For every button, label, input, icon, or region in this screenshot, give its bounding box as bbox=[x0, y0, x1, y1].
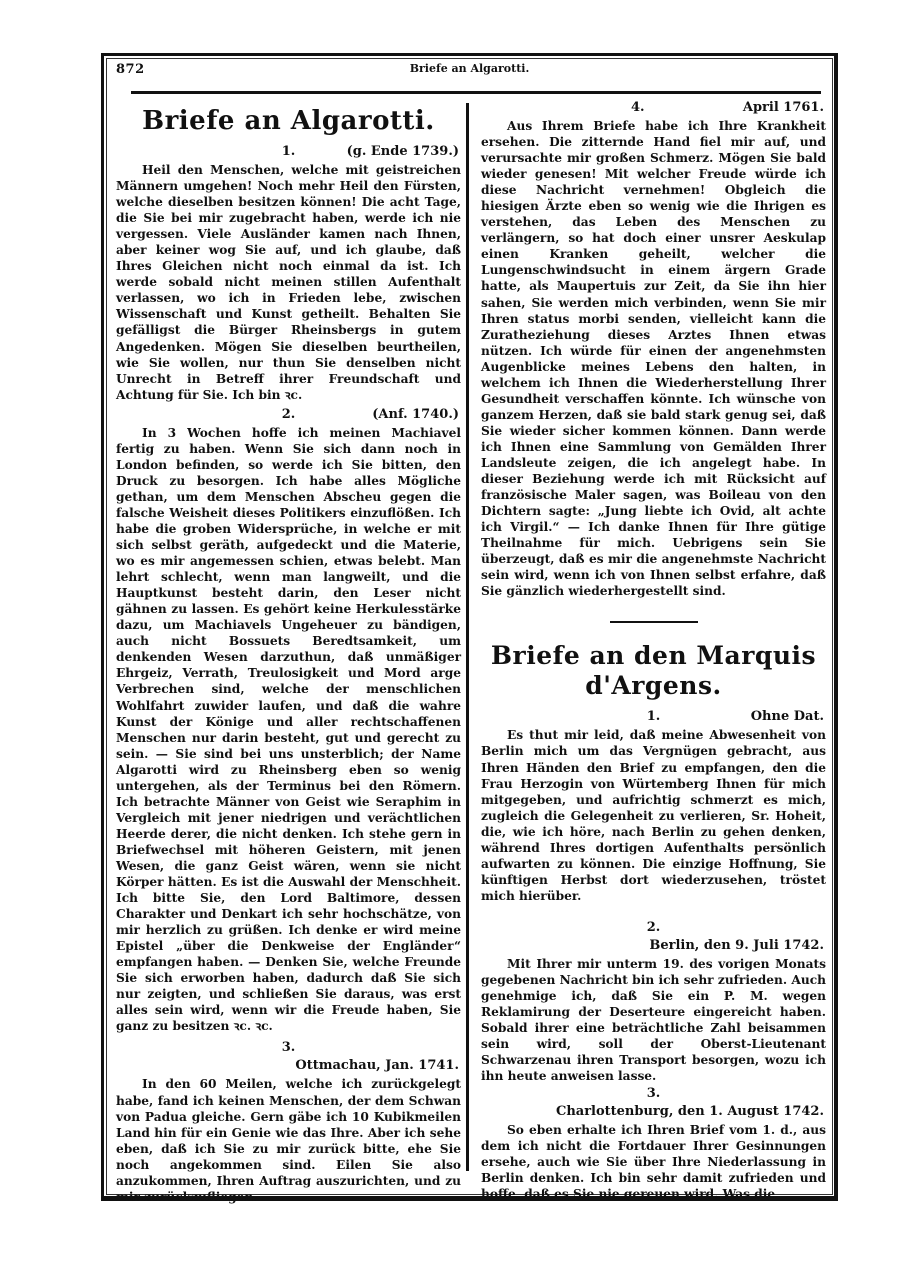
letter-number: 3. bbox=[116, 1038, 461, 1058]
letter-body: Es thut mir leid, daß meine Abwesenheit … bbox=[481, 727, 826, 904]
letter-date: Ottmachau, Jan. 1741. bbox=[116, 1058, 461, 1076]
letter-argens-1: 1. Ohne Dat. Es thut mir leid, daß meine… bbox=[481, 709, 826, 904]
letter-heading: 2. (Anf. 1740.) bbox=[116, 407, 461, 425]
letter-date: Berlin, den 9. Juli 1742. bbox=[481, 938, 826, 956]
letter-number: 3. bbox=[481, 1084, 826, 1104]
letter-algarotti-4: 4. April 1761. Aus Ihrem Briefe habe ich… bbox=[481, 100, 826, 599]
section-title-line: Briefe an den Marquis bbox=[481, 641, 826, 671]
letter-body: Aus Ihrem Briefe habe ich Ihre Krankheit… bbox=[481, 118, 826, 599]
letter-body: So eben erhalte ich Ihren Brief vom 1. d… bbox=[481, 1122, 826, 1202]
letter-body: In 3 Wochen hoffe ich meinen Machiavel f… bbox=[116, 425, 461, 1035]
left-column: Briefe an Algarotti. 1. (g. Ende 1739.) … bbox=[116, 100, 461, 1205]
letter-body: Heil den Menschen, welche mit geistreich… bbox=[116, 162, 461, 403]
running-title: Briefe an Algarotti. bbox=[112, 62, 827, 75]
header-rule bbox=[131, 91, 821, 94]
letter-argens-2: 2. Berlin, den 9. Juli 1742. Mit Ihrer m… bbox=[481, 918, 826, 1084]
letter-date: April 1761. bbox=[743, 100, 824, 116]
letter-heading: 1. Ohne Dat. bbox=[481, 709, 826, 727]
letter-argens-3: 3. Charlottenburg, den 1. August 1742. S… bbox=[481, 1084, 826, 1202]
letter-date: (g. Ende 1739.) bbox=[347, 144, 459, 160]
section-title-argens: Briefe an den Marquis d'Argens. bbox=[481, 641, 826, 701]
letter-date: (Anf. 1740.) bbox=[372, 407, 459, 423]
letter-algarotti-2: 2. (Anf. 1740.) In 3 Wochen hoffe ich me… bbox=[116, 407, 461, 1035]
letter-heading: 4. April 1761. bbox=[481, 100, 826, 118]
section-title-algarotti: Briefe an Algarotti. bbox=[116, 106, 461, 136]
letter-algarotti-1: 1. (g. Ende 1739.) Heil den Menschen, we… bbox=[116, 144, 461, 403]
letter-body: In den 60 Meilen, welche ich zurückgeleg… bbox=[116, 1076, 461, 1204]
letter-body: Mit Ihrer mir unterm 19. des vorigen Mon… bbox=[481, 956, 826, 1084]
letter-heading: 1. (g. Ende 1739.) bbox=[116, 144, 461, 162]
letter-number: 2. bbox=[481, 918, 826, 938]
letter-date: Charlottenburg, den 1. August 1742. bbox=[481, 1104, 826, 1122]
letter-algarotti-3: 3. Ottmachau, Jan. 1741. In den 60 Meile… bbox=[116, 1038, 461, 1204]
section-title-line: d'Argens. bbox=[481, 671, 826, 701]
column-divider bbox=[466, 103, 469, 1171]
right-column: 4. April 1761. Aus Ihrem Briefe habe ich… bbox=[481, 100, 826, 1203]
section-separator-rule bbox=[610, 621, 698, 623]
running-head: 872 Briefe an Algarotti. bbox=[112, 58, 827, 82]
letter-date: Ohne Dat. bbox=[751, 709, 824, 725]
